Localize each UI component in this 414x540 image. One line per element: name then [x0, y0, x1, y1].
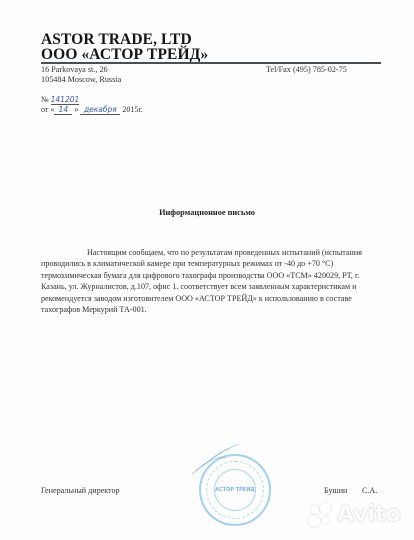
stamp-text: АСТОР ТРЕЙД	[215, 487, 255, 493]
document-body: Настоящим сообщаем, что по результатам п…	[41, 247, 381, 315]
date-year: 2015г.	[122, 105, 142, 114]
avito-watermark: Avito	[308, 502, 401, 527]
signer-position: Генеральный директор	[41, 486, 120, 495]
number-value: 141201	[51, 95, 80, 105]
address-line-2: 105484 Moscow, Russia	[41, 75, 121, 84]
body-paragraph: Настоящим сообщаем, что по результатам п…	[41, 248, 362, 314]
avito-brand-text: Avito	[337, 502, 401, 527]
company-stamp-icon: АСТОР ТРЕЙД	[199, 454, 271, 526]
date-month: декабря	[80, 105, 120, 115]
signer-surname: Бушин	[324, 486, 347, 495]
letterhead-divider	[41, 62, 381, 64]
signer-initials: С.А.	[362, 486, 377, 495]
reference-date: от «14 » декабря 2015г.	[41, 105, 143, 115]
reference-number: № 141201	[41, 95, 79, 105]
stamp-center: АСТОР ТРЕЙД	[214, 469, 256, 511]
avito-logo-icon	[308, 503, 334, 527]
date-prefix: от «	[41, 105, 54, 114]
document-title: Информационное письмо	[0, 208, 414, 217]
document-page: ASTOR TRADE, LTD ООО «АСТОР ТРЕЙД» 16 Pa…	[0, 0, 414, 540]
number-label: №	[41, 95, 49, 104]
tel-fax: Tel/Fax (495) 785-02-75	[266, 65, 347, 74]
date-day: 14	[54, 105, 72, 115]
date-mid: »	[74, 105, 78, 114]
address-line-1: 16 Parkovaya st., 26	[41, 65, 108, 74]
